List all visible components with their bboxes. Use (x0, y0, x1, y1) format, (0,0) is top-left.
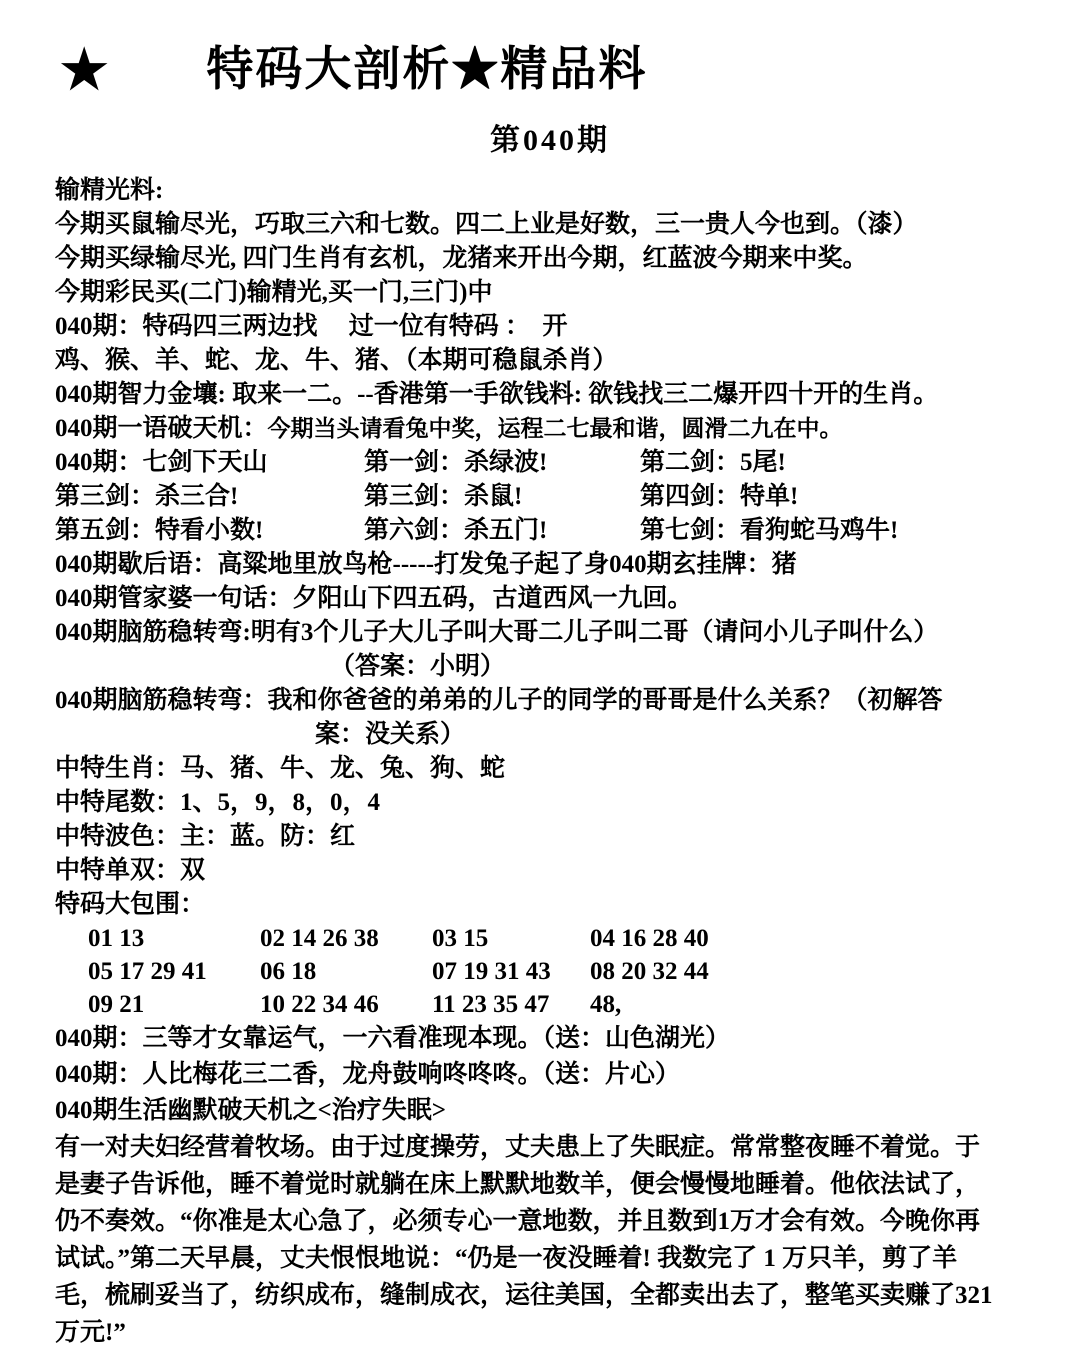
number-grid-row-1: 01 13 02 14 26 38 03 15 04 16 28 40 (88, 922, 1045, 955)
sword-cell: 第二剑：5尾! (640, 446, 1045, 480)
story-line: 仍不奏效。“你准是太心急了，必须专心一意地数，并且数到1万才会有效。今晚你再 (55, 1203, 1045, 1240)
pick-shengxiao: 中特生肖：马、猪、牛、龙、兔、狗、蛇 (55, 752, 1045, 786)
star-icon: ★ (60, 43, 108, 97)
number-cell: 07 19 31 43 (432, 955, 590, 988)
pick-danshuang: 中特单双：双 (55, 854, 1045, 888)
riddle-2-answer: 案：没关系） (315, 718, 1045, 752)
number-cell: 10 22 34 46 (260, 988, 432, 1021)
verse-1-line: 040期：三等才女靠运气，一六看准现本现。（送：山色湖光） (55, 1021, 1045, 1057)
number-cell: 03 15 (432, 922, 590, 955)
riddle-2-line: 040期脑筋稳转弯：我和你爸爸的弟弟的儿子的同学的哥哥是什么关系？（初解答 (55, 684, 1045, 718)
riddle-1-line: 040期脑筋稳转弯:明有3个儿子大儿子叫大哥二儿子叫二哥（请问小儿子叫什么） (55, 616, 1045, 650)
story-line: 是妻子告诉他，睡不着觉时就躺在床上默默地数羊，便会慢慢地睡着。他依法试了， (55, 1166, 1045, 1203)
header: ★ 特码大剖析★精品料 (60, 42, 1045, 98)
intro-tip-1: 今期买鼠输尽光，巧取三六和七数。四二上业是好数，三一贵人今也到。（漆） (55, 208, 1045, 242)
wisdom-line: 040期智力金壤: 取来一二。--香港第一手欲钱料: 欲钱找三二爆开四十开的生肖… (55, 378, 1045, 412)
secret-label: 040期一语破天机： (55, 415, 268, 442)
secret-line: 040期一语破天机：今期当头请看兔中奖，运程二七最和谐，圆滑二九在中。 (55, 412, 1045, 446)
find-code-line: 040期：特码四三两边找 过一位有特码 ： 开 (55, 310, 1045, 344)
tip-sheet-page: ★ 特码大剖析★精品料 第040期 输精光料: 今期买鼠输尽光，巧取三六和七数。… (0, 0, 1085, 1346)
story-line: 毛，梳刷妥当了，纺织成布，缝制成衣，运往美国，全都卖出去了，整笔买卖赚了321 (55, 1277, 1045, 1314)
number-cell: 01 13 (88, 922, 260, 955)
sword-row-2: 第三剑：杀三合! 第三剑：杀鼠! 第四剑：特单! (55, 480, 1045, 514)
sheet-body: 输精光料: 今期买鼠输尽光，巧取三六和七数。四二上业是好数，三一贵人今也到。（漆… (55, 174, 1045, 1346)
number-cell: 04 16 28 40 (590, 922, 1045, 955)
intro-tip-3: 今期彩民买(二门)输精光,买一门,三门)中 (55, 276, 1045, 310)
number-cell: 08 20 32 44 (590, 955, 1045, 988)
pick-bose: 中特波色：主：蓝。防：红 (55, 820, 1045, 854)
sword-row-3: 第五剑：特看小数! 第六剑：杀五门! 第七剑：看狗蛇马鸡牛! (55, 514, 1045, 548)
story-line: 万元!” (55, 1314, 1045, 1346)
page-title: 特码大剖析★精品料 (206, 42, 647, 98)
number-cell: 02 14 26 38 (260, 922, 432, 955)
number-grid-row-3: 09 21 10 22 34 46 11 23 35 47 48, (88, 988, 1045, 1021)
sword-cell: 第一剑：杀绿波! (364, 446, 640, 480)
sword-cell: 040期：七剑下天山 (55, 446, 364, 480)
number-grid-row-2: 05 17 29 41 06 18 07 19 31 43 08 20 32 4… (88, 955, 1045, 988)
number-cell: 11 23 35 47 (432, 988, 590, 1021)
guanjiapo-line: 040期管家婆一句话：夕阳山下四五码，古道西风一九回。 (55, 582, 1045, 616)
pick-weishu: 中特尾数：1、5，9，8，0，4 (55, 786, 1045, 820)
issue-number: 第040期 (55, 124, 1045, 158)
story-line: 试试。”第二天早晨，丈夫恨恨地说：“仍是一夜没睡着! 我数完了 1 万只羊，剪了… (55, 1240, 1045, 1277)
number-cell: 06 18 (260, 955, 432, 988)
sword-cell: 第七剑：看狗蛇马鸡牛! (640, 514, 1045, 548)
sword-cell: 第三剑：杀三合! (55, 480, 364, 514)
humor-title: 040期生活幽默破天机之<治疗失眠> (55, 1093, 1045, 1129)
verse-2-line: 040期：人比梅花三二香，龙舟鼓响咚咚咚。（送：片心） (55, 1057, 1045, 1093)
story-line: 有一对夫妇经营着牧场。由于过度操劳，丈夫患上了失眠症。常常整夜睡不着觉。于 (55, 1129, 1045, 1166)
zodiac-kill-line: 鸡、猴、羊、蛇、龙、牛、猪、（本期可稳鼠杀肖） (55, 344, 1045, 378)
intro-tip-2: 今期买绿输尽光, 四门生肖有玄机，龙猪来开出今期，红蓝波今期来中奖。 (55, 242, 1045, 276)
riddle-1-answer: （答案：小明） (330, 650, 1045, 684)
number-cell: 05 17 29 41 (88, 955, 260, 988)
sword-cell: 第六剑：杀五门! (364, 514, 640, 548)
sword-row-1: 040期：七剑下天山 第一剑：杀绿波! 第二剑：5尾! (55, 446, 1045, 480)
baowei-label: 特码大包围： (55, 888, 1045, 922)
intro-label: 输精光料: (55, 174, 1045, 208)
number-cell: 48, (590, 988, 1045, 1021)
sword-cell: 第五剑：特看小数! (55, 514, 364, 548)
sword-cell: 第三剑：杀鼠! (364, 480, 640, 514)
xiehouyu-line: 040期歇后语：高粱地里放鸟枪-----打发兔子起了身040期玄挂牌：猪 (55, 548, 1045, 582)
number-cell: 09 21 (88, 988, 260, 1021)
secret-text: 今期当头请看兔中奖，运程二七最和谐，圆滑二九在中。 (268, 416, 843, 441)
sword-cell: 第四剑：特单! (640, 480, 1045, 514)
